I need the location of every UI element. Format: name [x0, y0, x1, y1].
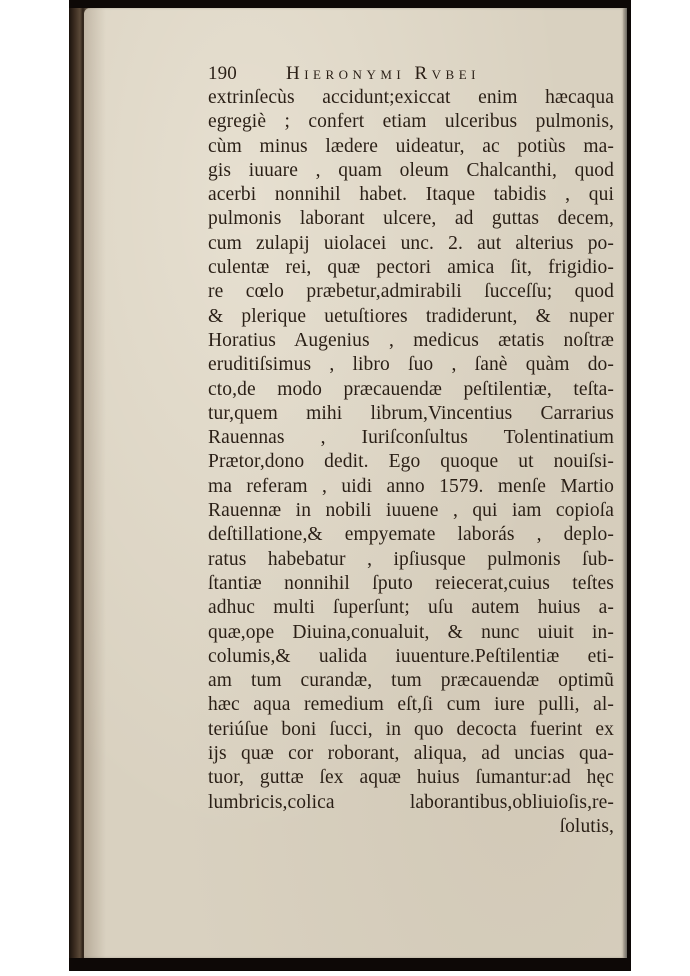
text-line: & plerique uetuſtiores tradiderunt, & nu… — [208, 305, 614, 329]
text-line: eruditiſsimus , libro ſuo , ſanè quàm do… — [208, 353, 614, 377]
text-line: acerbi nonnihil habet. Itaque tabidis , … — [208, 183, 614, 207]
text-line: ſtantiæ nonnihil ſputo reiecerat,cuius t… — [208, 572, 614, 596]
text-line: quæ,ope Diuina,conualuit, & nunc uiuit i… — [208, 621, 614, 645]
text-line: tuor, guttæ ſex aquæ huius ſumantur:ad h… — [208, 766, 614, 790]
text-line: re cœlo præbetur,admirabili ſucceſſu; qu… — [208, 280, 614, 304]
text-line: ijs quæ cor roborant, aliqua, ad uncias … — [208, 742, 614, 766]
text-line: egregiè ; confert etiam ulceribus pulmon… — [208, 110, 614, 134]
text-line: teriúſue boni ſucci, in quo decocta fuer… — [208, 718, 614, 742]
catchword-line: ſolutis, — [208, 815, 614, 839]
text-line: Prætor,dono dedit. Ego quoque ut nouiſsi… — [208, 450, 614, 474]
text-line: extrinſecùs accidunt;exiccat enim hæcaqu… — [208, 86, 614, 110]
text-line: cto,de modo præcauendæ peſtilentiæ, teſt… — [208, 378, 614, 402]
text-line: culentæ rei, quæ pectori amica ſit, frig… — [208, 256, 614, 280]
text-line: columis,& ualida iuuenture.Peſtilentiæ e… — [208, 645, 614, 669]
text-line: cùm minus lædere uideatur, ac potiùs ma- — [208, 135, 614, 159]
text-line: pulmonis laborant ulcere, ad guttas dece… — [208, 207, 614, 231]
page-fore-edge — [623, 8, 627, 958]
text-line: tur,quem mihi librum,Vincentius Carrariu… — [208, 402, 614, 426]
page-number: 190 — [208, 62, 286, 86]
text-line: Rauennas , Iuriſconſultus Tolentinatium — [208, 426, 614, 450]
running-head: 190 Hieronymi Rvbei — [208, 62, 614, 86]
page-text-block: 190 Hieronymi Rvbei extrinſecùs accidunt… — [208, 62, 614, 839]
text-line: ratus habebatur , ipſiusque pulmonis ſub… — [208, 548, 614, 572]
text-line: deſtillatione,& empyemate laborás , depl… — [208, 523, 614, 547]
text-line: Horatius Augenius , medicus ætatis noſtr… — [208, 329, 614, 353]
text-line: Rauennæ in nobili iuuene , qui iam copio… — [208, 499, 614, 523]
text-line: am tum curandæ, tum præcauendæ optimũ — [208, 669, 614, 693]
text-line: adhuc multi ſuperſunt; uſu autem huius a… — [208, 596, 614, 620]
text-line: gis iuuare , quam oleum Chalcanthi, quod — [208, 159, 614, 183]
running-title: Hieronymi Rvbei — [286, 62, 480, 86]
text-line: ma referam , uidi anno 1579. menſe Marti… — [208, 475, 614, 499]
text-line: lumbricis,colica laborantibus,obliuioſis… — [208, 791, 614, 815]
text-line: cum zulapij uiolacei unc. 2. aut alteriu… — [208, 232, 614, 256]
text-line: hæc aqua remedium eſt,ſi cum iure pulli,… — [208, 693, 614, 717]
